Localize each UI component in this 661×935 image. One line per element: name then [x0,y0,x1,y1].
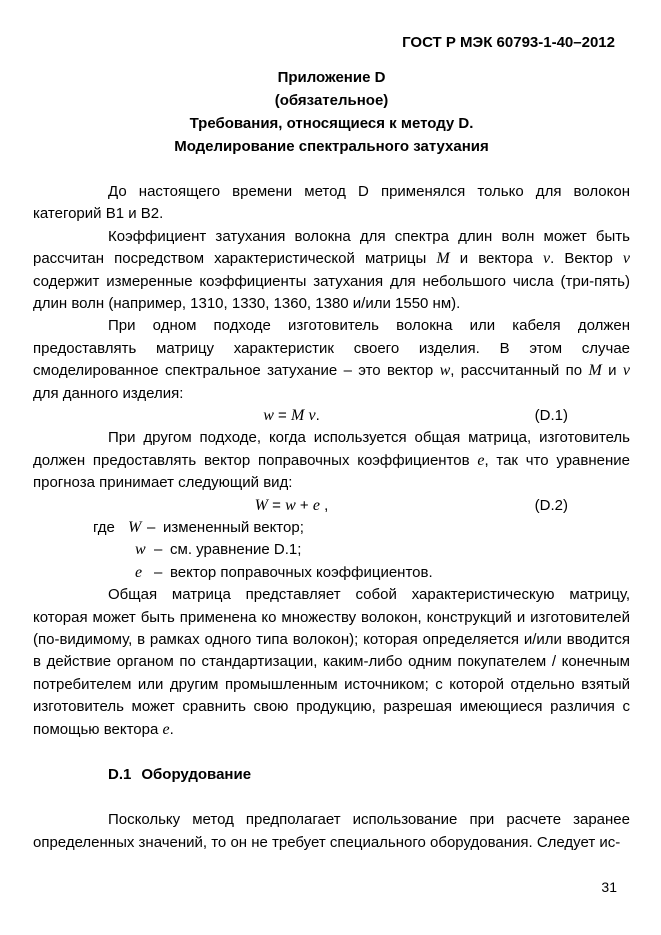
where-clause-row: w–см. уравнение D.1; [33,539,630,561]
equation-d1-number: (D.1) [535,405,568,427]
text-run: для данного изделия: [33,385,183,402]
equation-d1-formula: w = M v. [263,407,320,424]
text-run: = [274,407,291,424]
where-clause-row: e–вектор поправочных коэффициентов. [33,562,630,584]
paragraph-6: Поскольку метод предполагает использован… [33,809,630,854]
appendix-title-line2: Моделирование спектрального затухания [33,135,630,158]
where-term: e [135,562,154,584]
body-text: До настоящего времени метод D применялся… [33,181,630,854]
where-dash: – [147,517,163,539]
math-variable: v [543,250,550,267]
where-dash: – [154,562,170,584]
section-d1-number: D.1 [108,766,131,783]
appendix-label: Приложение D [33,66,630,89]
where-lead: где [93,517,128,539]
where-definition: см. уравнение D.1; [170,541,301,558]
math-variable: M [436,250,449,267]
section-d1-title: Оборудование [141,766,251,783]
math-variable: M [291,407,304,424]
appendix-heading-block: Приложение D (обязательное) Требования, … [33,66,630,158]
text-run: . [316,407,320,424]
math-variable: w [263,407,274,424]
where-definition: измененный вектор; [163,519,304,536]
where-clause-row: гдеW–измененный вектор; [33,517,630,539]
text-run: , [320,497,328,514]
text-run: содержит измеренные коэффициенты затухан… [33,273,630,312]
text-run: + [296,497,313,514]
text-run: Поскольку метод предполагает использован… [33,811,630,850]
appendix-kind: (обязательное) [33,89,630,112]
text-run: . [170,721,174,738]
page-number: 31 [601,879,617,895]
paragraph-3: При одном подходе изготовитель волокна и… [33,315,630,405]
text-run: . Вектор [550,250,623,267]
text-run: и вектора [450,250,543,267]
math-variable: W [255,497,268,514]
text-run: , рассчитанный по [450,362,588,379]
text-run: = [268,497,285,514]
text-run: Общая матрица представляет собой характе… [33,586,630,737]
running-header: ГОСТ Р МЭК 60793-1-40–2012 [402,33,615,53]
text-run: До настоящего времени метод D применялся… [33,183,630,222]
where-term: w [135,539,154,561]
paragraph-5: Общая матрица представляет собой характе… [33,584,630,741]
math-variable: v [623,362,630,379]
equation-d2-formula: W = w + e , [255,497,329,514]
paragraph-4: При другом подходе, когда используется о… [33,427,630,494]
text-run: и [602,362,623,379]
equation-d1: w = M v. (D.1) [33,405,630,427]
section-d1-heading: D.1Оборудование [33,764,630,786]
math-variable: v [623,250,630,267]
paragraph-2: Коэффициент затухания волокна для спектр… [33,226,630,316]
math-variable: v [309,407,316,424]
math-variable: M [588,362,601,379]
where-dash: – [154,539,170,561]
paragraph-1: До настоящего времени метод D применялся… [33,181,630,226]
math-variable: w [440,362,451,379]
math-variable: e [313,497,320,514]
document-page: ГОСТ Р МЭК 60793-1-40–2012 Приложение D … [0,0,661,935]
equation-d2-number: (D.2) [535,495,568,517]
where-definition: вектор поправочных коэффициентов. [170,564,433,581]
math-variable: w [285,497,296,514]
appendix-title-line1: Требования, относящиеся к методу D. [33,112,630,135]
equation-d2: W = w + e , (D.2) [33,495,630,517]
math-variable: e [162,721,169,738]
where-term: W [128,517,147,539]
